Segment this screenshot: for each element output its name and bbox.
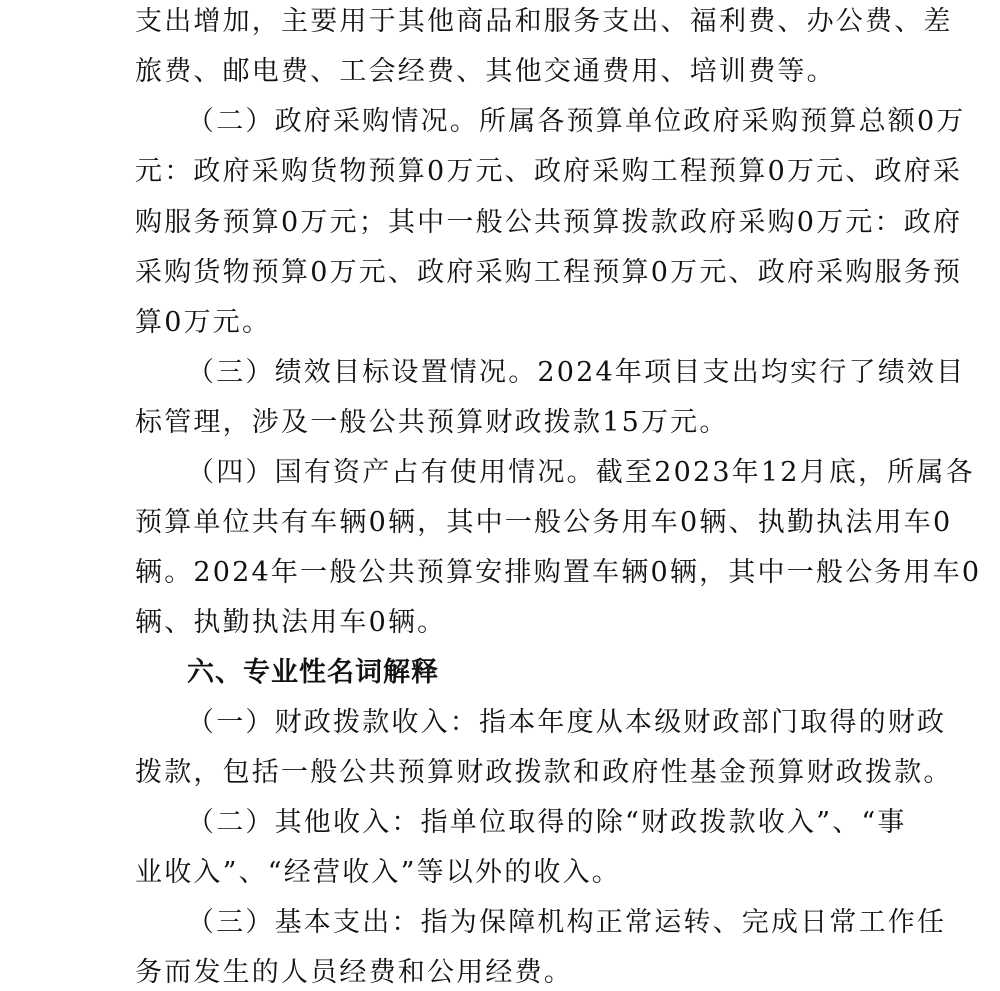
procurement-paragraph-line: 算0万元。 <box>135 303 271 343</box>
procurement-paragraph-line: 采购货物预算0万元、政府采购工程预算0万元、政府采购服务预 <box>135 253 880 293</box>
procurement-paragraph-line: （二）政府采购情况。所属各预算单位政府采购预算总额0万 <box>187 102 880 142</box>
definition-line: 业收入”、“经营收入”等以外的收入。 <box>135 853 621 893</box>
definition-line: 拨款，包括一般公共预算财政拨款和政府性基金预算财政拨款。 <box>135 753 880 793</box>
assets-paragraph-line: 辆。2024年一般公共预算安排购置车辆0辆，其中一般公务用车0 <box>135 553 880 593</box>
assets-paragraph-line: 预算单位共有车辆0辆，其中一般公务用车0辆、执勤执法用车0 <box>135 503 880 543</box>
definition-line: （一）财政拨款收入：指本年度从本级财政部门取得的财政 <box>187 703 880 743</box>
performance-paragraph-line: 标管理，涉及一般公共预算财政拨款15万元。 <box>135 403 729 443</box>
section-heading: 六、专业性名词解释 <box>187 653 439 693</box>
definition-line: 务而发生的人员经费和公用经费。 <box>135 953 573 991</box>
definition-line: （二）其他收入：指单位取得的除“财政拨款收入”、“事 <box>187 803 880 843</box>
paragraph-line: 支出增加，主要用于其他商品和服务支出、福利费、办公费、差 <box>135 2 880 42</box>
procurement-paragraph-line: 购服务预算0万元；其中一般公共预算拨款政府采购0万元：政府 <box>135 203 880 243</box>
paragraph-line: 旅费、邮电费、工会经费、其他交通费用、培训费等。 <box>135 52 836 92</box>
procurement-paragraph-line: 元：政府采购货物预算0万元、政府采购工程预算0万元、政府采 <box>135 152 880 192</box>
definition-line: （三）基本支出：指为保障机构正常运转、完成日常工作任 <box>187 903 880 943</box>
assets-paragraph-line: 辆、执勤执法用车0辆。 <box>135 603 446 643</box>
assets-paragraph-line: （四）国有资产占有使用情况。截至2023年12月底，所属各 <box>187 453 880 493</box>
performance-paragraph-line: （三）绩效目标设置情况。2024年项目支出均实行了绩效目 <box>187 353 880 393</box>
